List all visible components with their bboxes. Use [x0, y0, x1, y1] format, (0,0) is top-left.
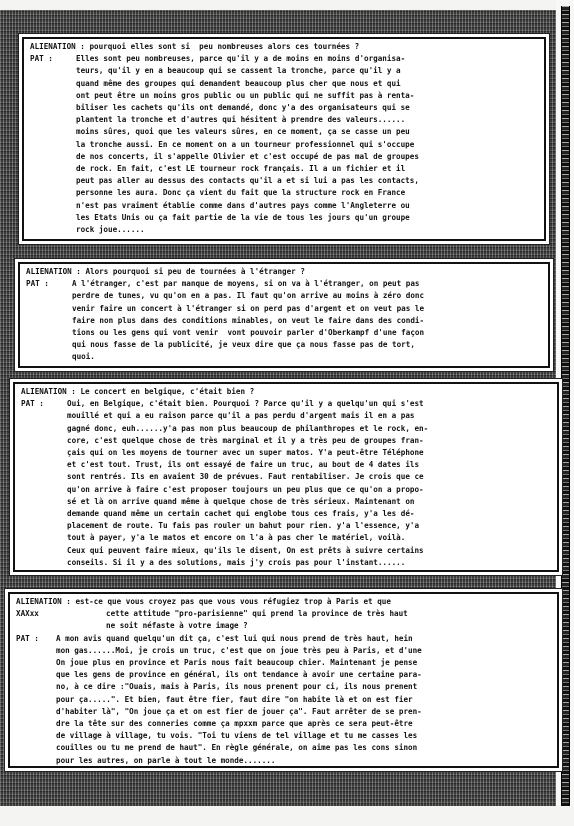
answer-line: teurs, qu'il y en a beaucoup qui se cass…	[30, 65, 538, 77]
answer-line: gagné donc, euh......y'a pas non plus be…	[21, 423, 551, 435]
answer-text: personne les aura. Donc ça vient du fait…	[76, 188, 405, 197]
answer-line: pour ça.....". Et bien, faut être fier, …	[16, 694, 551, 706]
answer-text: conseils. Si il y a des solutions, mais …	[67, 558, 405, 567]
answer-text: quoi.	[72, 352, 95, 361]
answer-text: quand même des groupes qui demandent bea…	[76, 79, 401, 88]
answer-text: plantent la tronche et d'autres qui hési…	[76, 115, 405, 124]
question-text: ne soit néfaste à votre image ?	[106, 621, 248, 630]
question-line: ALIENATION : Le concert en belgique, c'é…	[21, 386, 551, 398]
answer-line: quand même des groupes qui demandent bea…	[30, 78, 538, 90]
interview-block-1: ALIENATION : pourquoi elles sont si peu …	[22, 37, 546, 241]
answer-line: de rock. En fait, c'est LE tourneur rock…	[30, 163, 538, 175]
answer-line: conseils. Si il y a des solutions, mais …	[21, 557, 551, 569]
answer-line: venir faire un concert à l'étranger si o…	[26, 303, 542, 315]
answer-line: la tronche aussi. En ce moment on a un t…	[30, 139, 538, 151]
question-speaker: ALIENATION :	[21, 386, 76, 398]
answer-text: sont rentrés. Ils en avaient 30 de prévu…	[67, 472, 424, 481]
answer-text: Ceux qui peuvent faire mieux, qu'ils le …	[67, 546, 424, 555]
answer-line: de village à village, tu vois. "Toi tu v…	[16, 730, 551, 742]
answer-text: venir faire un concert à l'étranger si o…	[72, 304, 424, 313]
question-text: cette attitude "pro-parisienne" qui pren…	[106, 609, 408, 618]
answer-text: On joue plus en province et Paris nous f…	[56, 658, 417, 667]
answer-line: rock joue......	[30, 224, 538, 236]
answer-text: pour ça.....". Et bien, faut être fier, …	[56, 695, 413, 704]
answer-line: demande quand même un certain cachet qui…	[21, 508, 551, 520]
answer-text: et c'est tout. Trust, ils ont essayé de …	[67, 460, 419, 469]
answer-text: dre la tête sur des conneries comme ça m…	[56, 719, 413, 728]
question-line: ne soit néfaste à votre image ?	[16, 620, 551, 632]
answer-line: mouillé et qui a eu raison parce qu'il a…	[21, 410, 551, 422]
answer-line: tout à payer, y'a le matos et encore on …	[21, 532, 551, 544]
answer-text: Oui, en Belgique, c'était bien. Pourquoi…	[67, 399, 424, 408]
answer-text: Elles sont peu nombreuses, parce qu'il y…	[76, 54, 405, 63]
answer-text: moins sûres, quoi que les valeurs sûres,…	[76, 127, 410, 136]
answer-text: tions ou les gens qui vont venir vont po…	[72, 328, 424, 337]
answer-text: mouillé et qui a eu raison parce qu'il a…	[67, 411, 414, 420]
answer-text: les Etats Unis ou ça fait partie de la v…	[76, 213, 410, 222]
question-text: Le concert en belgique, c'était bien ?	[80, 387, 254, 396]
answer-line: no, à ce dire :"Ouais, mais à Paris, ils…	[16, 681, 551, 693]
answer-text: çais qui on les moyens de tourner avec u…	[67, 448, 424, 457]
question-speaker: ALIENATION :	[16, 596, 71, 608]
answer-text: gagné donc, euh......y'a pas non plus be…	[67, 424, 428, 433]
answer-speaker: PAT :	[21, 398, 67, 410]
answer-line: n'est pas vraiment établie comme dans d'…	[30, 200, 538, 212]
question-speaker-note: XAXxx	[16, 608, 106, 620]
answer-text: qui nous fasse de la publicité, je veux …	[72, 340, 415, 349]
interview-block-3: ALIENATION : Le concert en belgique, c'é…	[13, 382, 559, 572]
question-speaker: ALIENATION :	[30, 41, 85, 53]
answer-line: faire non plus dans des conditions minab…	[26, 315, 542, 327]
page-bottom-margin	[0, 806, 574, 826]
question-text: pourquoi elles sont si peu nombreuses al…	[89, 42, 359, 51]
answer-text: de village à village, tu vois. "Toi tu v…	[56, 731, 417, 740]
answer-line: qui nous fasse de la publicité, je veux …	[26, 339, 542, 351]
answer-text: ont peut être un moins gros public ou un…	[76, 91, 414, 100]
answer-text: n'est pas vraiment établie comme dans d'…	[76, 201, 410, 210]
answer-line: dre la tête sur des conneries comme ça m…	[16, 718, 551, 730]
answer-text: core, c'est quelque chose de très margin…	[67, 436, 424, 445]
question-text: est-ce que vous croyez pas que vous vous…	[75, 597, 390, 606]
answer-speaker: PAT :	[26, 278, 72, 290]
answer-line: qu'on arrive à faire c'est proposer touj…	[21, 484, 551, 496]
answer-line: peut pas aller au dessus des contacts qu…	[30, 175, 538, 187]
interview-block-4: ALIENATION : est-ce que vous croyez pas …	[8, 592, 559, 768]
answer-line: PAT :A mon avis quand quelqu'un dit ça, …	[16, 633, 551, 645]
answer-line: personne les aura. Donc ça vient du fait…	[30, 187, 538, 199]
answer-text: no, à ce dire :"Ouais, mais à Paris, ils…	[56, 682, 417, 691]
answer-line: placement de route. Tu fais pas rouler u…	[21, 520, 551, 532]
answer-text: teurs, qu'il y en a beaucoup qui se cass…	[76, 66, 401, 75]
answer-text: A l'étranger, c'est par manque de moyens…	[72, 279, 419, 288]
answer-line: sé et là on arrive quand même à quelque …	[21, 496, 551, 508]
answer-line: sont rentrés. Ils en avaient 30 de prévu…	[21, 471, 551, 483]
answer-line: core, c'est quelque chose de très margin…	[21, 435, 551, 447]
answer-line: tions ou les gens qui vont venir vont po…	[26, 327, 542, 339]
answer-line: PAT :Elles sont peu nombreuses, parce qu…	[30, 53, 538, 65]
question-line: XAXxxcette attitude "pro-parisienne" qui…	[16, 608, 551, 620]
answer-line: PAT :A l'étranger, c'est par manque de m…	[26, 278, 542, 290]
answer-line: les Etats Unis ou ça fait partie de la v…	[30, 212, 538, 224]
answer-text: biliser les cachets qu'ils ont demandé, …	[76, 103, 410, 112]
answer-line: que les gens de province en général, ils…	[16, 669, 551, 681]
answer-text: demande quand même un certain cachet qui…	[67, 509, 414, 518]
question-speaker: ALIENATION :	[26, 266, 81, 278]
answer-line: couilles ou tu me prend de haut". En règ…	[16, 742, 551, 754]
answer-line: Ceux qui peuvent faire mieux, qu'ils le …	[21, 545, 551, 557]
answer-line: pour les autres, on parle à tout le mond…	[16, 755, 551, 767]
answer-text: mon gas......Moi, je crois un truc, c'es…	[56, 646, 422, 655]
answer-text: faire non plus dans des conditions minab…	[72, 316, 424, 325]
answer-text: pour les autres, on parle à tout le mond…	[56, 756, 275, 765]
answer-line: On joue plus en province et Paris nous f…	[16, 657, 551, 669]
answer-line: perdre de tunes, vu qu'on en a pas. Il f…	[26, 290, 542, 302]
answer-speaker: PAT :	[16, 633, 56, 645]
question-line: ALIENATION : est-ce que vous croyez pas …	[16, 596, 551, 608]
question-line: ALIENATION : Alors pourquoi si peu de to…	[26, 266, 542, 278]
answer-text: que les gens de province en général, ils…	[56, 670, 422, 679]
answer-text: qu'on arrive à faire c'est proposer touj…	[67, 485, 424, 494]
answer-line: quoi.	[26, 351, 542, 363]
answer-line: et c'est tout. Trust, ils ont essayé de …	[21, 459, 551, 471]
answer-text: A mon avis quand quelqu'un dit ça, c'est…	[56, 634, 413, 643]
answer-text: rock joue......	[76, 225, 145, 234]
answer-text: la tronche aussi. En ce moment on a un t…	[76, 140, 414, 149]
answer-speaker: PAT :	[30, 53, 76, 65]
answer-line: plantent la tronche et d'autres qui hési…	[30, 114, 538, 126]
answer-text: tout à payer, y'a le matos et encore on …	[67, 533, 405, 542]
answer-line: moins sûres, quoi que les valeurs sûres,…	[30, 126, 538, 138]
answer-text: placement de route. Tu fais pas rouler u…	[67, 521, 419, 530]
answer-text: couilles ou tu me prend de haut". En règ…	[56, 743, 417, 752]
interview-block-2: ALIENATION : Alors pourquoi si peu de to…	[18, 262, 550, 368]
binding-edge	[561, 6, 570, 806]
answer-text: sé et là on arrive quand même à quelque …	[67, 497, 414, 506]
answer-line: ont peut être un moins gros public ou un…	[30, 90, 538, 102]
answer-text: peut pas aller au dessus des contacts qu…	[76, 176, 419, 185]
page-top-margin	[0, 0, 556, 10]
answer-line: de nos concerts, il s'appelle Olivier et…	[30, 151, 538, 163]
question-line: ALIENATION : pourquoi elles sont si peu …	[30, 41, 538, 53]
answer-line: çais qui on les moyens de tourner avec u…	[21, 447, 551, 459]
answer-line: mon gas......Moi, je crois un truc, c'es…	[16, 645, 551, 657]
answer-text: d'habiter là", "On joue ça et on est fie…	[56, 707, 422, 716]
answer-text: perdre de tunes, vu qu'on en a pas. Il f…	[72, 291, 424, 300]
answer-line: biliser les cachets qu'ils ont demandé, …	[30, 102, 538, 114]
answer-text: de rock. En fait, c'est LE tourneur rock…	[76, 164, 405, 173]
answer-line: d'habiter là", "On joue ça et on est fie…	[16, 706, 551, 718]
question-text: Alors pourquoi si peu de tournées à l'ét…	[85, 267, 304, 276]
answer-text: de nos concerts, il s'appelle Olivier et…	[76, 152, 419, 161]
answer-line: PAT :Oui, en Belgique, c'était bien. Pou…	[21, 398, 551, 410]
